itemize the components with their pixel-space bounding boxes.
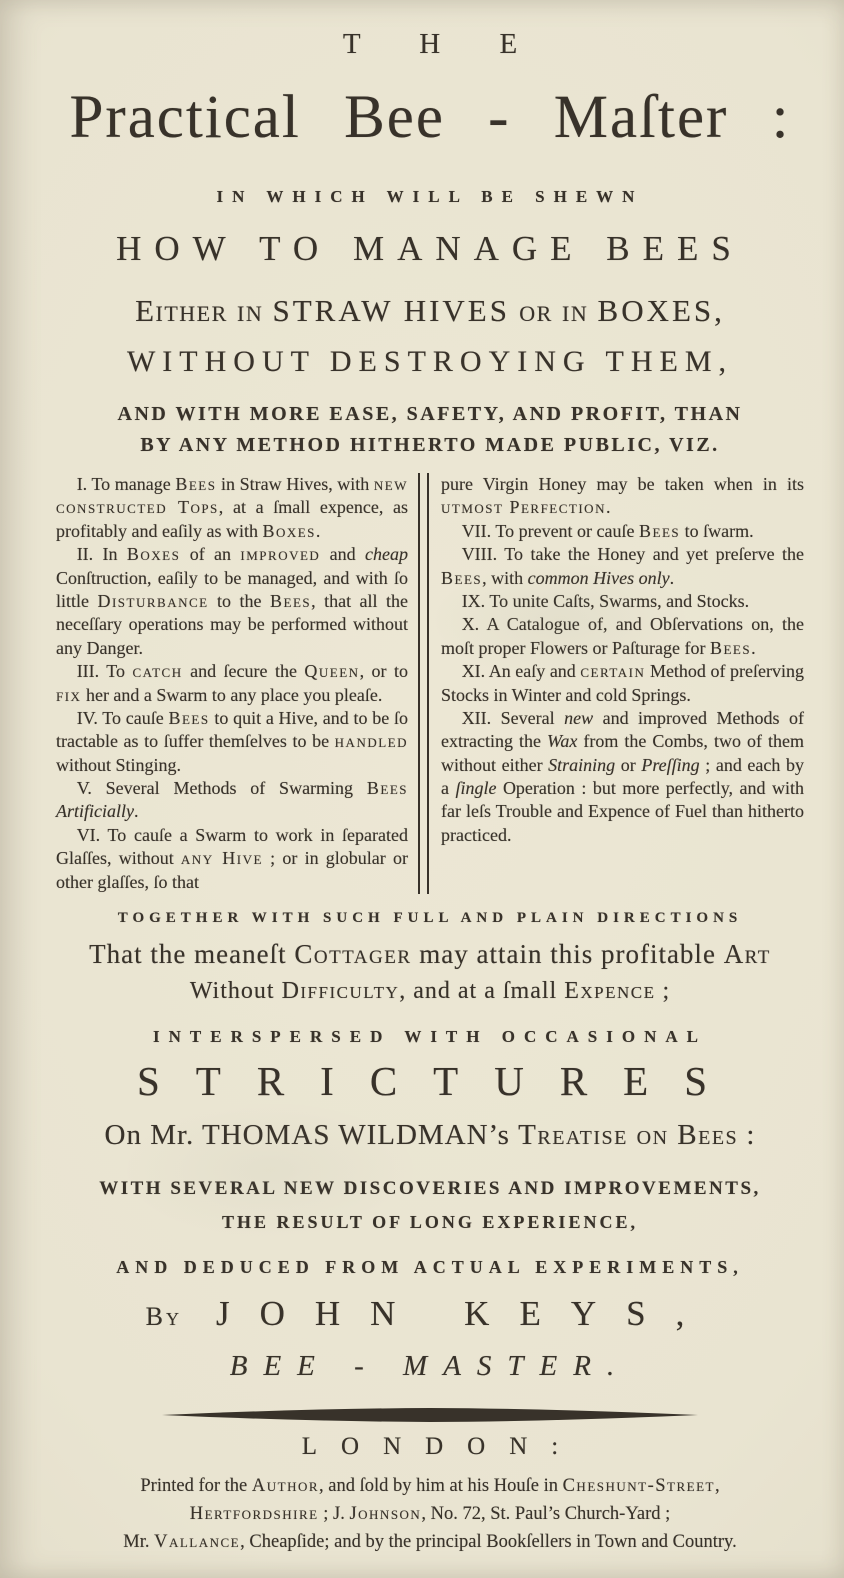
contents-item-6: VI. To cauſe a Swarm to work in ſeparate… [56, 824, 408, 894]
cottager-line: That the meaneſt Cottager may attain thi… [56, 939, 804, 970]
discoveries-line: WITH SEVERAL NEW DISCOVERIES AND IMPROVE… [56, 1178, 804, 1200]
byline: ByJOHN KEYS, [56, 1294, 804, 1334]
contents-item-1: I. To manage Bees in Straw Hives, with n… [56, 473, 408, 543]
profit-line-2: BY ANY METHOD HITHERTO MADE PUBLIC, VIZ. [56, 430, 804, 461]
contents-item-4: IV. To cauſe Bees to quit a Hive, and to… [56, 707, 408, 777]
profit-line-1: AND WITH MORE EASE, SAFETY, AND PROFIT, … [56, 399, 804, 430]
column-divider-rule [418, 473, 429, 894]
author-title: BEE - MASTER. [56, 1350, 804, 1383]
contents-columns: I. To manage Bees in Straw Hives, with n… [56, 473, 804, 894]
either-line: Either in STRAW HIVES or in BOXES, [56, 293, 804, 329]
contents-item-7: VII. To prevent or cauſe Bees to ſwarm. [441, 520, 804, 543]
swelled-rule [160, 1407, 700, 1423]
together-line: TOGETHER WITH SUCH FULL AND PLAIN DIRECT… [56, 910, 804, 927]
contents-item-11: XI. An eaſy and certain Method of preſer… [441, 660, 804, 707]
contents-item-10: X. A Catalogue of, and Obſervations on, … [441, 613, 804, 660]
wildman-line: On Mr. THOMAS WILDMAN’s Treatise on Bees… [56, 1119, 804, 1152]
difficulty-line: Without Difficulty, and at a ſmall Expen… [56, 978, 804, 1005]
contents-column-right: pure Virgin Honey may be taken when in i… [441, 473, 804, 894]
imprint-line-1: Printed for the Author, and ſold by him … [56, 1473, 804, 1501]
contents-item-12: XII. Several new and improved Methods of… [441, 707, 804, 847]
contents-item-8: VIII. To take the Honey and yet preſerve… [441, 543, 804, 590]
deduced-line: AND DEDUCED FROM ACTUAL EXPERIMENTS, [56, 1257, 804, 1278]
profit-lines: AND WITH MORE EASE, SAFETY, AND PROFIT, … [56, 399, 804, 461]
contents-item-6-continued: pure Virgin Honey may be taken when in i… [441, 473, 804, 520]
book-title: Practical Bee - Maſter : [56, 83, 804, 153]
result-line: THE RESULT OF LONG EXPERIENCE, [56, 1212, 804, 1233]
london-line: LONDON: [56, 1433, 804, 1461]
author-name: JOHN KEYS, [216, 1294, 714, 1333]
interspersed-line: INTERSPERSED WITH OCCASIONAL [56, 1027, 804, 1047]
by-label: By [146, 1302, 182, 1331]
imprint-line-3: Mr. Vallance, Cheapſide; and by the prin… [56, 1529, 804, 1557]
imprint-block: Printed for the Author, and ſold by him … [56, 1473, 804, 1556]
contents-item-9: IX. To unite Caſts, Swarms, and Stocks. [441, 590, 804, 613]
contents-item-3: III. To catch and ſecure the Queen, or t… [56, 660, 408, 707]
kicker-the: T H E [56, 28, 804, 61]
contents-column-left: I. To manage Bees in Straw Hives, with n… [56, 473, 408, 894]
title-page: T H E Practical Bee - Maſter : IN WHICH … [0, 0, 844, 1578]
manage-line: HOW TO MANAGE BEES [56, 229, 804, 269]
without-line: WITHOUT DESTROYING THEM, [56, 345, 804, 379]
contents-item-2: II. In Boxes of an improved and cheap Co… [56, 543, 408, 660]
shown-line: IN WHICH WILL BE SHEWN [56, 187, 804, 207]
imprint-line-2: Hertfordshire ; J. Johnson, No. 72, St. … [56, 1501, 804, 1529]
strictures-word: STRICTURES [56, 1057, 804, 1105]
contents-item-5: V. Several Methods of Swarming Bees Arti… [56, 777, 408, 824]
